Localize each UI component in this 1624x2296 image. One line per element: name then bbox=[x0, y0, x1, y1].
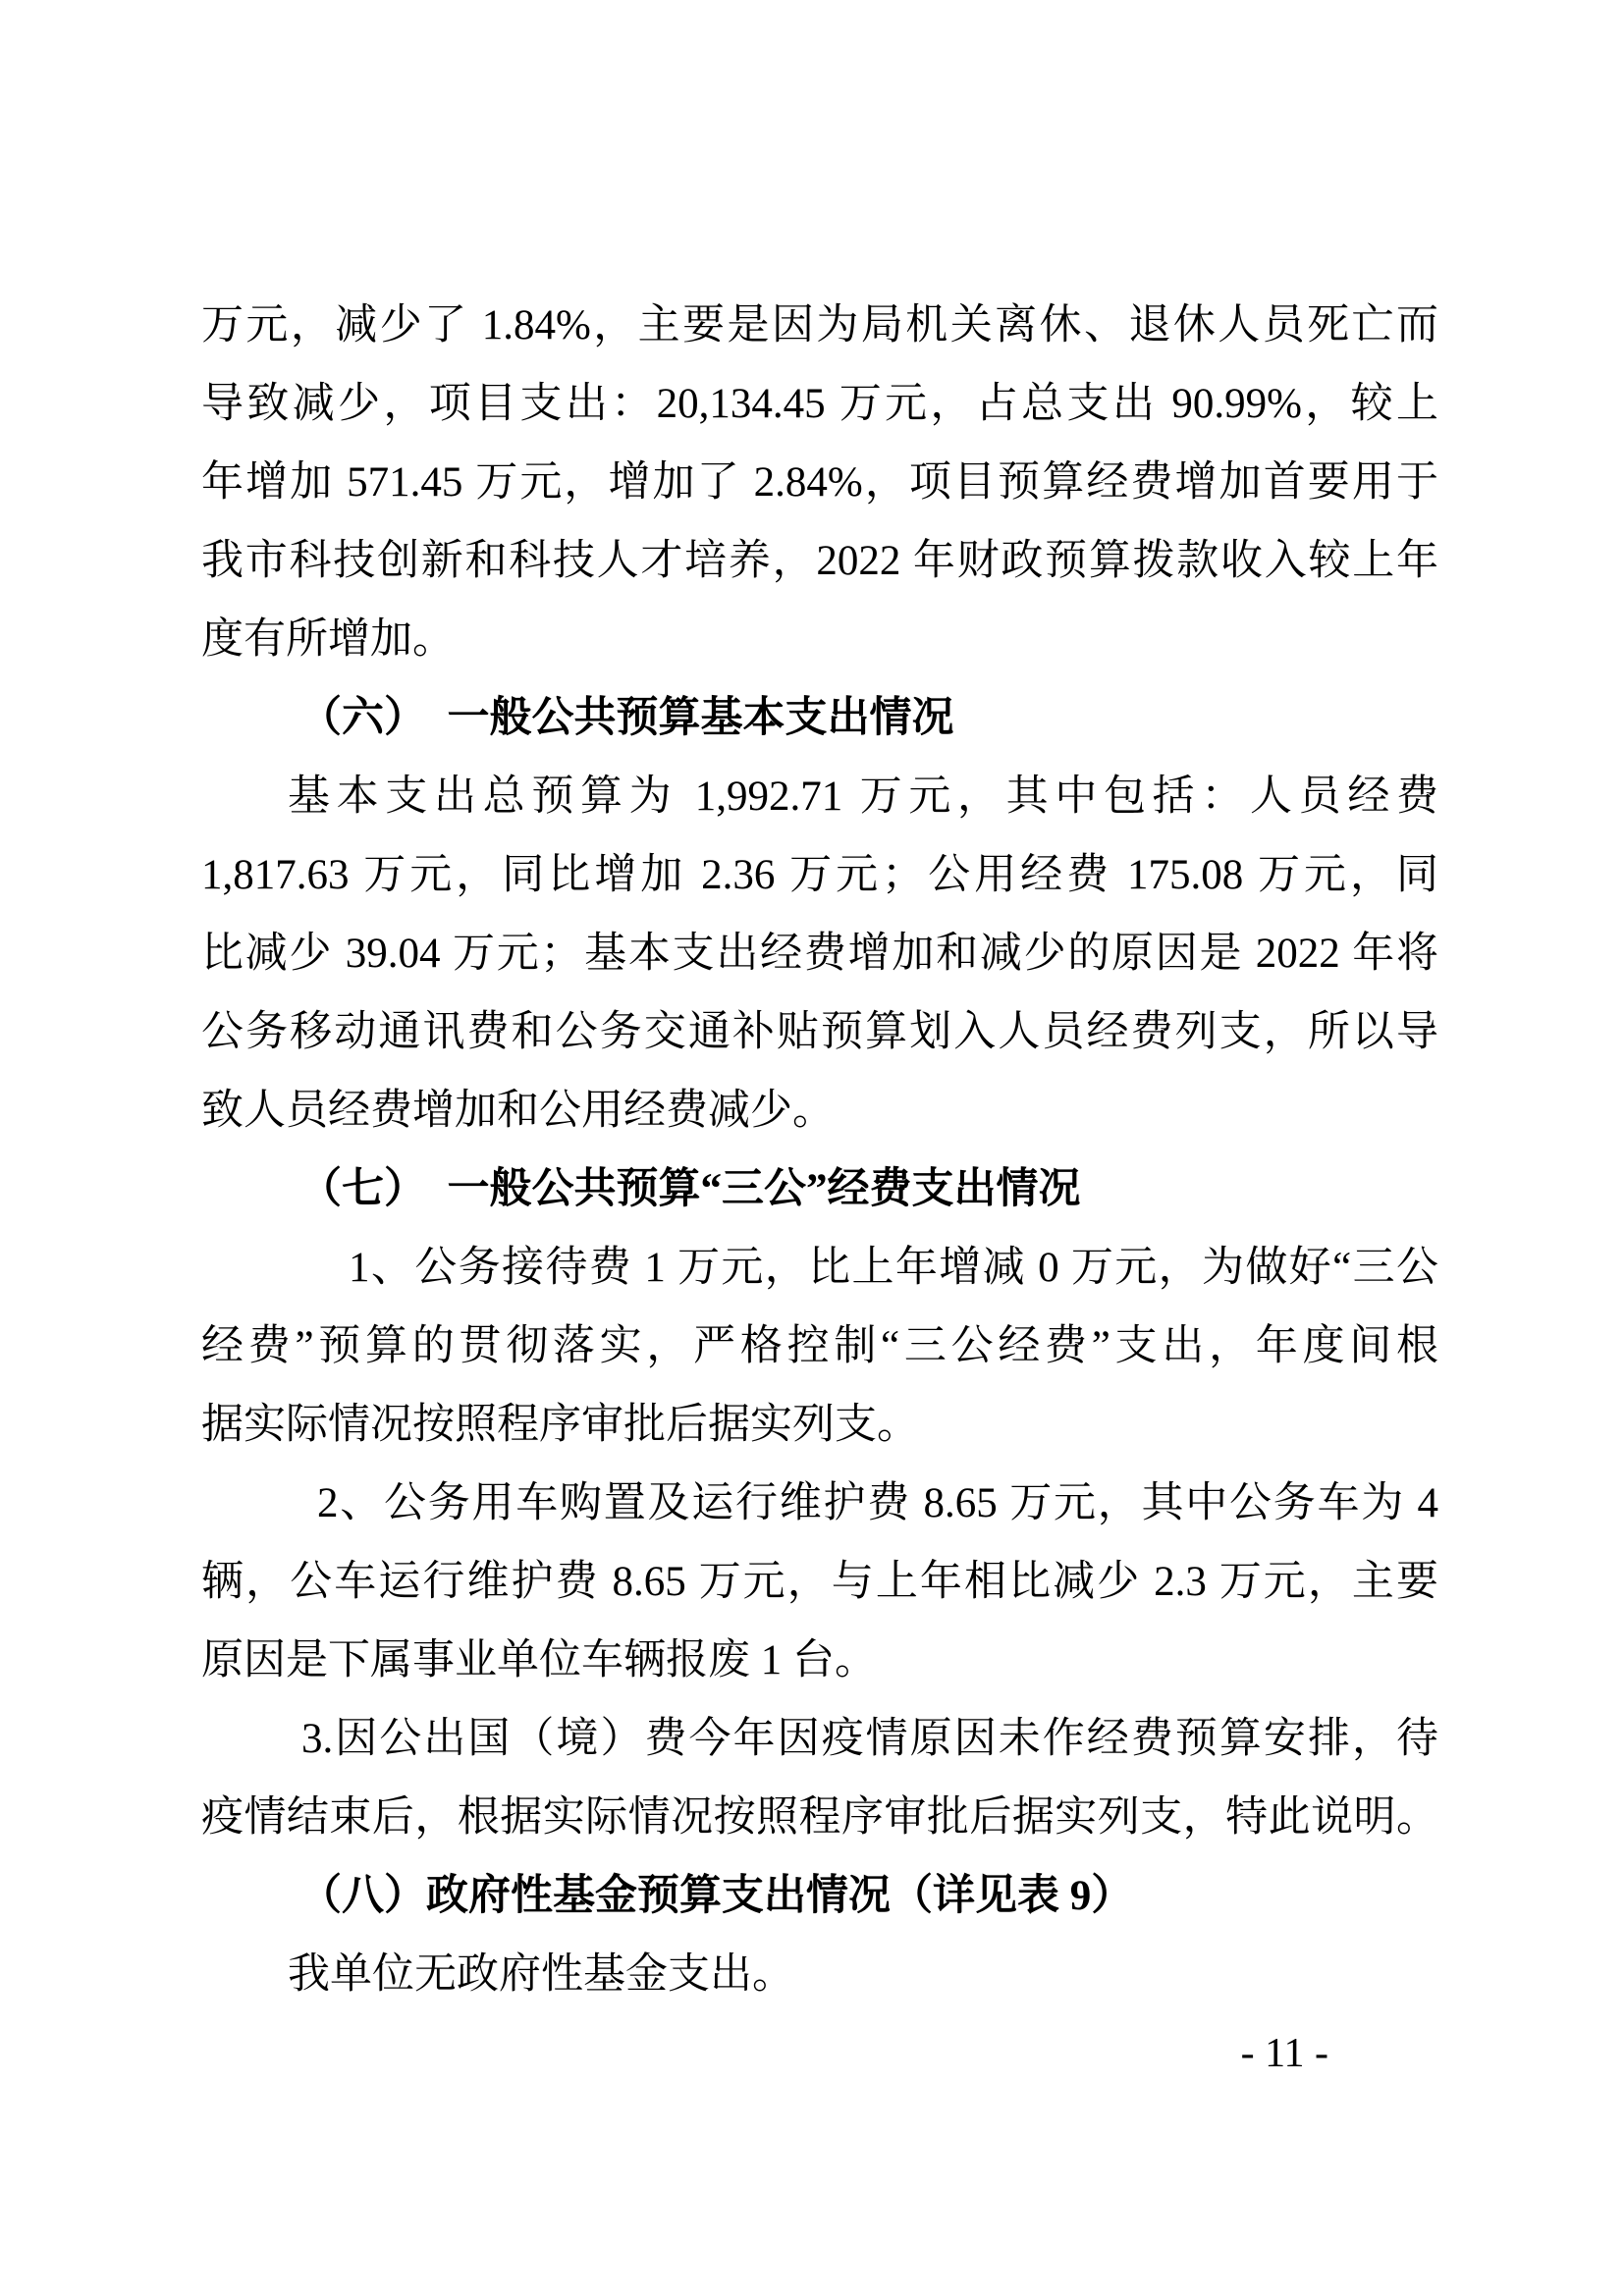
paragraph-line: 致人员经费增加和公用经费减少。 bbox=[201, 1072, 1438, 1150]
paragraph-line: 3.因公出国（境）费今年因疫情原因未作经费预算安排，待 bbox=[201, 1700, 1438, 1779]
paragraph-line: 导致减少，项目支出：20,134.45 万元，占总支出 90.99%，较上 bbox=[201, 365, 1438, 444]
paragraph-line: 万元，减少了 1.84%，主要是因为局机关离休、退休人员死亡而 bbox=[201, 287, 1438, 365]
paragraph-line: 1,817.63 万元，同比增加 2.36 万元；公用经费 175.08 万元，… bbox=[201, 836, 1438, 915]
document-page: 万元，减少了 1.84%，主要是因为局机关离休、退休人员死亡而 导致减少，项目支… bbox=[0, 0, 1624, 2296]
paragraph-line: 我市科技创新和科技人才培养，2022 年财政预算拨款收入较上年 bbox=[201, 522, 1438, 601]
paragraph-line: 度有所增加。 bbox=[201, 601, 1438, 679]
paragraph-line: 1、公务接待费 1 万元，比上年增减 0 万元，为做好“三公 bbox=[201, 1229, 1438, 1308]
paragraph-line: 比减少 39.04 万元；基本支出经费增加和减少的原因是 2022 年将 bbox=[201, 915, 1438, 993]
section-heading-6: （六） 一般公共预算基本支出情况 bbox=[201, 679, 1438, 758]
paragraph-line: 据实际情况按照程序审批后据实列支。 bbox=[201, 1386, 1438, 1465]
paragraph-line: 经费”预算的贯彻落实，严格控制“三公经费”支出，年度间根 bbox=[201, 1308, 1438, 1386]
paragraph-line: 年增加 571.45 万元，增加了 2.84%，项目预算经费增加首要用于 bbox=[201, 444, 1438, 522]
section-heading-7: （七） 一般公共预算“三公”经费支出情况 bbox=[201, 1150, 1438, 1229]
paragraph-line: 疫情结束后，根据实际情况按照程序审批后据实列支，特此说明。 bbox=[201, 1779, 1438, 1857]
paragraph-line: 辆，公车运行维护费 8.65 万元，与上年相比减少 2.3 万元，主要 bbox=[201, 1543, 1438, 1622]
paragraph-line: 我单位无政府性基金支出。 bbox=[201, 1936, 1438, 2014]
paragraph-line: 公务移动通讯费和公务交通补贴预算划入人员经费列支，所以导 bbox=[201, 993, 1438, 1072]
document-body: 万元，减少了 1.84%，主要是因为局机关离休、退休人员死亡而 导致减少，项目支… bbox=[201, 287, 1438, 2093]
paragraph-line: 2、公务用车购置及运行维护费 8.65 万元，其中公务车为 4 bbox=[201, 1465, 1438, 1543]
paragraph-line: 基本支出总预算为 1,992.71 万元，其中包括：人员经费 bbox=[201, 758, 1438, 836]
paragraph-line: 原因是下属事业单位车辆报废 1 台。 bbox=[201, 1622, 1438, 1700]
page-number: - 11 - bbox=[201, 2014, 1438, 2093]
section-heading-8: （八）政府性基金预算支出情况（详见表 9） bbox=[201, 1857, 1438, 1936]
